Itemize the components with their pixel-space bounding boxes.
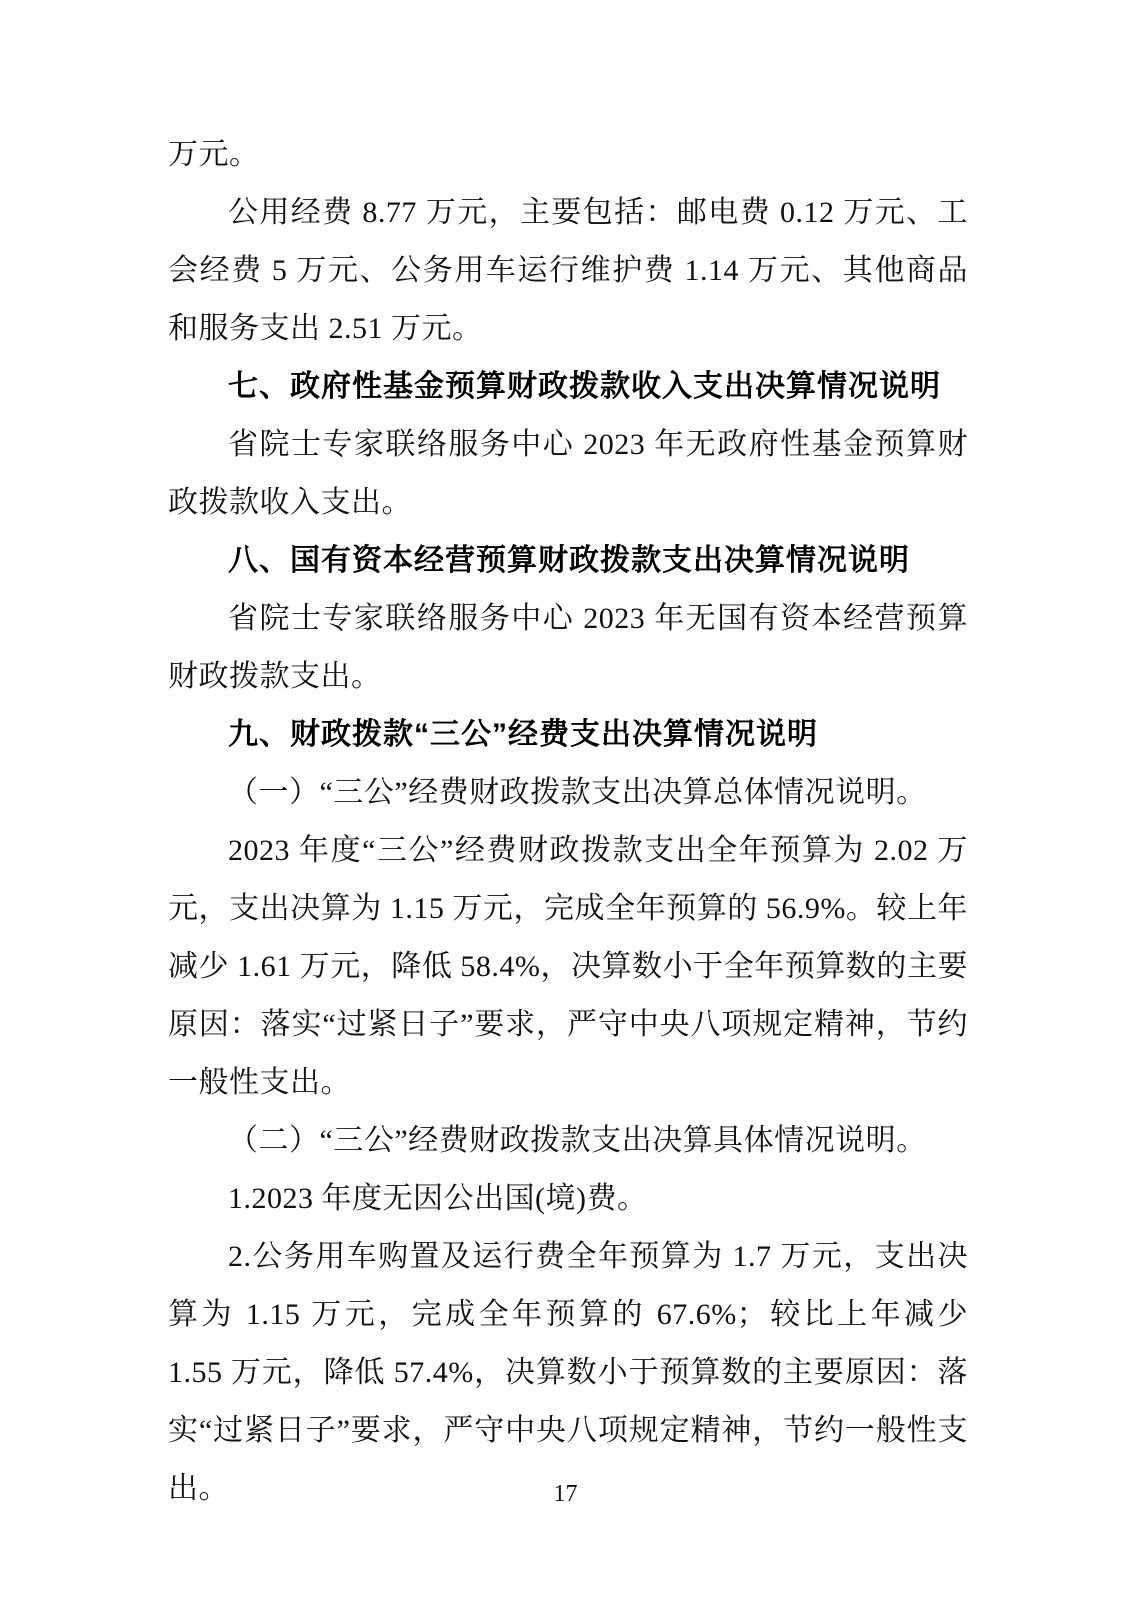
document-body: 万元。 公用经费 8.77 万元，主要包括：邮电费 0.12 万元、工会经费 5… bbox=[0, 0, 1131, 1518]
section-heading-eight: 八、国有资本经营预算财政拨款支出决算情况说明 bbox=[168, 532, 968, 590]
list-item-2: 2.公务用车购置及运行费全年预算为 1.7 万元，支出决算为 1.15 万元，完… bbox=[168, 1228, 968, 1518]
paragraph: 省院士专家联络服务中心 2023 年无政府性基金预算财政拨款收入支出。 bbox=[168, 416, 968, 532]
paragraph: 省院士专家联络服务中心 2023 年无国有资本经营预算财政拨款支出。 bbox=[168, 590, 968, 706]
subsection-item-one: （一）“三公”经费财政拨款支出决算总体情况说明。 bbox=[168, 764, 968, 822]
paragraph: 公用经费 8.77 万元，主要包括：邮电费 0.12 万元、工会经费 5 万元、… bbox=[168, 184, 968, 358]
paragraph-continuation: 万元。 bbox=[168, 126, 968, 184]
section-heading-nine: 九、财政拨款“三公”经费支出决算情况说明 bbox=[168, 706, 968, 764]
subsection-item-two: （二）“三公”经费财政拨款支出决算具体情况说明。 bbox=[168, 1112, 968, 1170]
paragraph: 2023 年度“三公”经费财政拨款支出全年预算为 2.02 万元，支出决算为 1… bbox=[168, 822, 968, 1112]
section-heading-seven: 七、政府性基金预算财政拨款收入支出决算情况说明 bbox=[168, 358, 968, 416]
page-number: 17 bbox=[0, 1481, 1131, 1508]
document-page: 万元。 公用经费 8.77 万元，主要包括：邮电费 0.12 万元、工会经费 5… bbox=[0, 0, 1131, 1600]
list-item-1: 1.2023 年度无因公出国(境)费。 bbox=[168, 1170, 968, 1228]
